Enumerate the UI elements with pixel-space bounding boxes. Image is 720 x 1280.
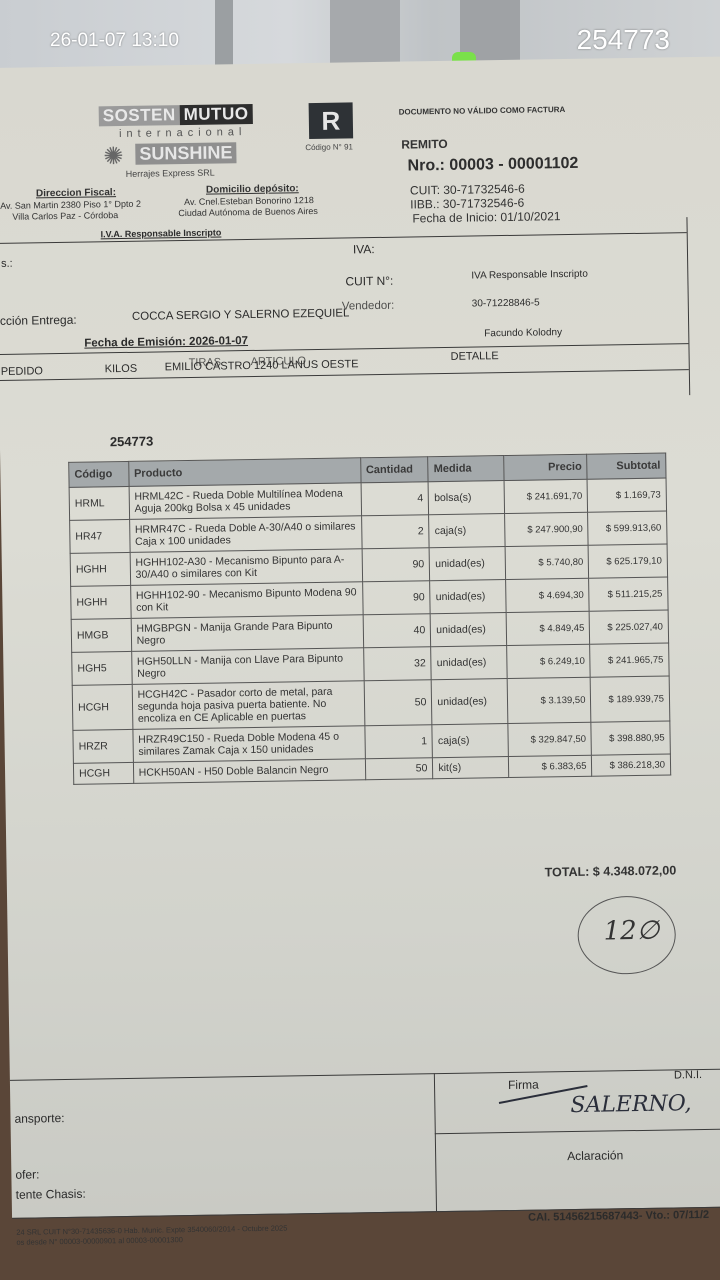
cell-precio: $ 329.847,50 bbox=[507, 722, 591, 756]
cell-codigo: HMGB bbox=[71, 618, 131, 652]
camera-timestamp: 26-01-07 13:10 bbox=[50, 30, 179, 52]
deposit-line1: Av. Cnel.Esteban Bonorino 1218 bbox=[184, 195, 314, 207]
deposit-line2: Ciudad Autónoma de Buenos Aires bbox=[178, 206, 318, 218]
col-detalle: DETALLE bbox=[450, 350, 498, 363]
logo-sunshine: SUNSHINE bbox=[135, 142, 236, 165]
cell-precio: $ 6.249,10 bbox=[506, 644, 590, 678]
header-medida: Medida bbox=[428, 456, 504, 482]
cell-precio: $ 247.900,90 bbox=[504, 512, 588, 546]
cell-producto: HCGH42C - Pasador corto de metal, para s… bbox=[132, 681, 365, 730]
dni-label: D.N.I. bbox=[674, 1069, 702, 1081]
cell-producto: HRZR49C150 - Rueda Doble Modena 45 o sim… bbox=[133, 726, 365, 763]
customer-name: COCCA SERGIO Y SALERNO EZEQUIEL bbox=[132, 307, 350, 322]
cell-producto: HCKH50AN - H50 Doble Balancin Negro bbox=[133, 759, 365, 784]
logo-text-left: SOSTEN bbox=[99, 105, 180, 126]
cell-subtotal: $ 398.880,95 bbox=[591, 721, 670, 755]
cell-cantidad: 2 bbox=[361, 515, 429, 549]
cell-medida: caja(s) bbox=[432, 724, 508, 758]
cell-subtotal: $ 625.179,10 bbox=[589, 544, 668, 578]
cell-precio: $ 6.383,65 bbox=[508, 755, 592, 777]
cell-precio: $ 241.691,70 bbox=[504, 479, 588, 513]
cell-subtotal: $ 386.218,30 bbox=[592, 754, 671, 776]
cell-codigo: HGH5 bbox=[72, 651, 132, 685]
chassis-label: tente Chasis: bbox=[16, 1187, 86, 1202]
delivery-label: cción Entrega: bbox=[0, 313, 77, 328]
header-cantidad: Cantidad bbox=[360, 457, 428, 483]
header-codigo: Código bbox=[69, 461, 129, 487]
col-kilos: KILOS bbox=[105, 363, 138, 376]
cell-medida: kit(s) bbox=[433, 757, 509, 779]
cell-medida: unidad(es) bbox=[432, 679, 508, 725]
logo-internacional: internacional bbox=[119, 126, 247, 140]
cell-codigo: HGHH bbox=[71, 585, 131, 619]
divider bbox=[0, 369, 689, 381]
cell-producto: HGHH102-90 - Mecanismo Bipunto Modena 90… bbox=[130, 582, 362, 619]
transport-label: ansporte: bbox=[14, 1111, 64, 1126]
cell-cantidad: 50 bbox=[365, 758, 433, 780]
cell-producto: HRMR47C - Rueda Doble A-30/A40 o similar… bbox=[129, 516, 361, 553]
cell-cantidad: 90 bbox=[362, 548, 430, 582]
cell-codigo: HCGH bbox=[72, 684, 132, 730]
cell-cantidad: 40 bbox=[363, 614, 431, 648]
cell-medida: caja(s) bbox=[429, 514, 505, 548]
camera-photo-id: 254773 bbox=[577, 24, 670, 56]
delivery-address: EMILIO CASTRO 1240 LANUS OESTE bbox=[165, 358, 359, 373]
remito-document: SOSTEN MUTUO internacional ✺ SUNSHINE He… bbox=[0, 56, 720, 1217]
iva-label: IVA: bbox=[353, 242, 375, 256]
divider bbox=[434, 1073, 437, 1211]
cell-precio: $ 5.740,80 bbox=[505, 545, 589, 579]
cell-producto: HGH50LLN - Manija con Llave Para Bipunto… bbox=[131, 648, 363, 685]
col-pedido: PEDIDO bbox=[1, 365, 43, 378]
seller-name: Facundo Kolodny bbox=[484, 327, 562, 339]
iva-value: IVA Responsable Inscripto bbox=[471, 269, 588, 282]
seller-label: Vendedor: bbox=[342, 300, 395, 313]
fiscal-address-line1: Av. San Martin 2380 Piso 1° Dpto 2 bbox=[0, 199, 141, 211]
header-precio: Precio bbox=[503, 454, 587, 480]
cell-codigo: HGHH bbox=[70, 552, 130, 586]
doc-code: Código N° 91 bbox=[305, 142, 353, 152]
doc-number: Nro.: 00003 - 00001102 bbox=[407, 155, 578, 176]
cell-codigo: HRML bbox=[69, 486, 129, 520]
customer-label: s.: bbox=[1, 258, 13, 270]
divider bbox=[435, 1128, 720, 1134]
cell-producto: HMGBPGN - Manija Grande Para Bipunto Neg… bbox=[131, 615, 363, 652]
divider bbox=[10, 1069, 720, 1081]
cell-subtotal: $ 599.913,60 bbox=[588, 511, 667, 545]
logo-sosten-mutuo: SOSTEN MUTUO bbox=[99, 104, 257, 126]
logo-text-right: MUTUO bbox=[180, 104, 253, 125]
cell-medida: unidad(es) bbox=[431, 646, 507, 680]
total-amount: TOTAL: $ 4.348.072,00 bbox=[545, 863, 677, 879]
cell-subtotal: $ 225.027,40 bbox=[590, 610, 669, 644]
header-subtotal: Subtotal bbox=[587, 453, 666, 479]
fiscal-address-label: Direccion Fiscal: bbox=[36, 187, 116, 199]
cell-cantidad: 1 bbox=[364, 725, 432, 759]
cell-subtotal: $ 189.939,75 bbox=[591, 676, 670, 722]
not-valid-notice: DOCUMENTO NO VÁLIDO COMO FACTURA bbox=[399, 105, 566, 117]
cell-codigo: HR47 bbox=[70, 519, 130, 553]
aclaracion-label: Aclaración bbox=[567, 1148, 623, 1163]
cell-medida: unidad(es) bbox=[430, 580, 506, 614]
cell-producto: HRML42C - Rueda Doble Multilínea Modena … bbox=[129, 483, 361, 520]
handwritten-note: 12∅ bbox=[603, 916, 659, 947]
company-name: Herrajes Express SRL bbox=[126, 168, 215, 179]
cai-number: CAI. 51456215687443- Vto.: 07/11/2 bbox=[528, 1209, 709, 1224]
cell-cantidad: 90 bbox=[362, 581, 430, 615]
cell-medida: bolsa(s) bbox=[428, 481, 504, 515]
signature: SALERNO, bbox=[570, 1091, 692, 1118]
firma-label: Firma bbox=[508, 1078, 539, 1092]
start-date: Fecha de Inicio: 01/10/2021 bbox=[412, 209, 560, 225]
deposit-label: Domicilio depósito: bbox=[206, 183, 299, 195]
cell-medida: unidad(es) bbox=[430, 613, 506, 647]
cuit-label: CUIT N°: bbox=[345, 274, 393, 289]
sunburst-icon: ✺ bbox=[103, 142, 124, 171]
cell-cantidad: 32 bbox=[363, 647, 431, 681]
cell-precio: $ 4.849,45 bbox=[506, 611, 590, 645]
header-producto: Producto bbox=[128, 458, 360, 487]
cell-precio: $ 4.694,30 bbox=[505, 578, 589, 612]
cell-subtotal: $ 241.965,75 bbox=[590, 643, 669, 677]
issue-date: Fecha de Emisión: 2026-01-07 bbox=[84, 335, 248, 350]
doc-type-letter: R bbox=[309, 102, 354, 139]
cell-subtotal: $ 1.169,73 bbox=[587, 478, 666, 512]
order-reference: 254773 bbox=[110, 434, 154, 450]
iva-condition: I.V.A. Responsable Inscripto bbox=[101, 227, 222, 239]
cell-medida: unidad(es) bbox=[429, 547, 505, 581]
cell-codigo: HCGH bbox=[73, 762, 133, 784]
doc-title: REMITO bbox=[401, 137, 448, 152]
items-table: Código Producto Cantidad Medida Precio S… bbox=[68, 452, 671, 784]
cell-cantidad: 50 bbox=[364, 680, 432, 726]
customer-cuit: 30-71228846-5 bbox=[472, 297, 540, 309]
cell-precio: $ 3.139,50 bbox=[507, 677, 592, 723]
cell-subtotal: $ 511.215,25 bbox=[589, 577, 668, 611]
printer-info-line2: os desde N° 00003-00000901 al 00003-0000… bbox=[16, 1235, 183, 1247]
cell-codigo: HRZR bbox=[73, 729, 133, 763]
driver-label: ofer: bbox=[15, 1167, 39, 1181]
cell-producto: HGHH102-A30 - Mecanismo Bipunto para A-3… bbox=[130, 549, 362, 586]
fiscal-address-line2: Villa Carlos Paz - Córdoba bbox=[12, 210, 118, 222]
cell-cantidad: 4 bbox=[361, 482, 429, 516]
